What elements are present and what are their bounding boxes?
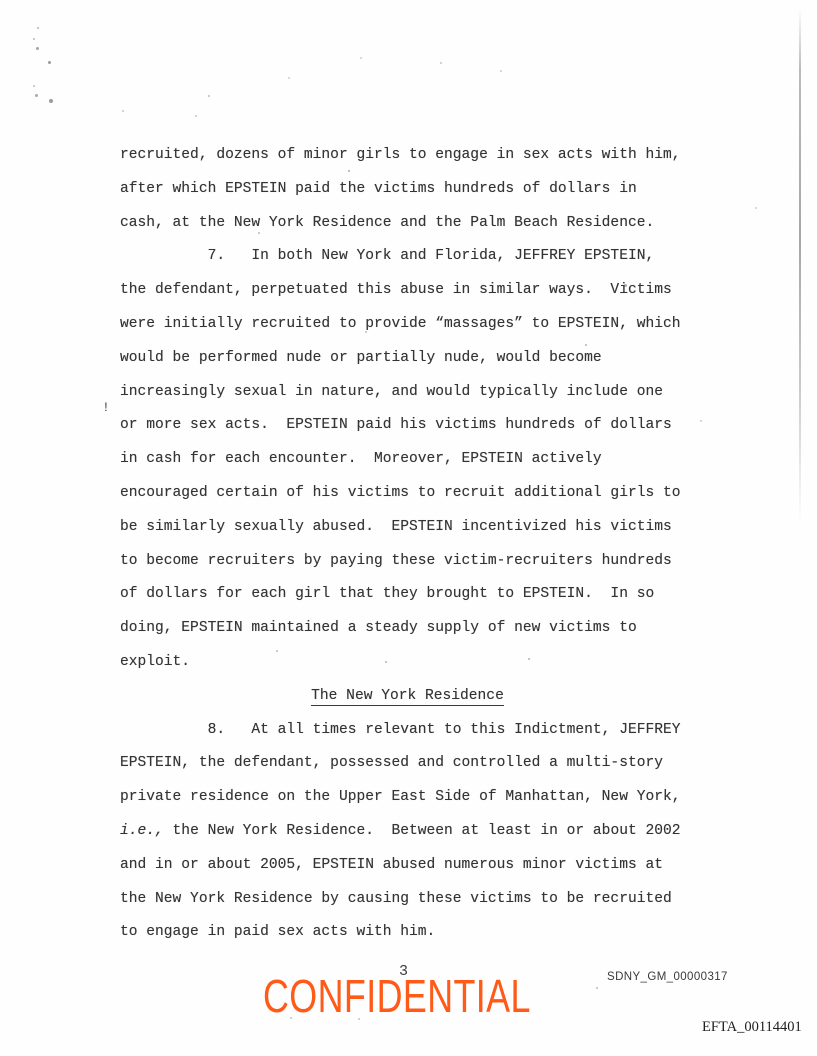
scan-speck <box>37 27 39 29</box>
text-line: cash, at the New York Residence and the … <box>120 207 695 241</box>
scan-speck <box>700 420 702 422</box>
text-line: were initially recruited to provide “mas… <box>120 308 695 342</box>
scan-speck <box>48 61 51 64</box>
scan-speck <box>288 77 290 79</box>
text-line: doing, EPSTEIN maintained a steady suppl… <box>120 612 695 646</box>
text-line: or more sex acts. EPSTEIN paid his victi… <box>120 409 695 443</box>
bates-number-efta: EFTA_00114401 <box>702 1019 802 1036</box>
text-line: exploit. <box>120 646 695 680</box>
scan-speck <box>596 987 598 989</box>
text-line: be similarly sexually abused. EPSTEIN in… <box>120 511 695 545</box>
scan-speck <box>35 94 38 97</box>
text-line: increasingly sexual in nature, and would… <box>120 376 695 410</box>
scan-speck <box>49 99 53 103</box>
text-line: to become recruiters by paying these vic… <box>120 545 695 579</box>
scan-speck <box>122 110 124 112</box>
scan-speck <box>624 284 627 287</box>
scan-speck <box>33 85 35 87</box>
text-line: 7. In both New York and Florida, JEFFREY… <box>120 240 695 274</box>
scan-speck <box>755 207 757 209</box>
scan-speck <box>33 38 35 40</box>
text-line: in cash for each encounter. Moreover, EP… <box>120 443 695 477</box>
scan-speck <box>195 115 197 117</box>
scan-speck <box>385 661 387 663</box>
scan-speck <box>500 70 502 72</box>
text-line: EPSTEIN, the defendant, possessed and co… <box>120 747 695 781</box>
text-line: would be performed nude or partially nud… <box>120 342 695 376</box>
scan-artifact-line <box>799 8 801 523</box>
scan-stray-mark: ! <box>102 400 110 415</box>
scan-speck <box>36 47 39 50</box>
bates-number-sdny: SDNY_GM_00000317 <box>607 971 728 983</box>
document-body: recruited, dozens of minor girls to enga… <box>120 139 695 950</box>
scan-speck <box>585 344 587 346</box>
scan-speck <box>208 95 210 97</box>
scanned-document-page: recruited, dozens of minor girls to enga… <box>0 0 817 1056</box>
scan-speck <box>258 232 260 234</box>
text-line: of dollars for each girl that they broug… <box>120 578 695 612</box>
confidential-stamp: CONFIDENTIAL <box>263 969 531 1023</box>
scan-speck <box>276 650 278 652</box>
scan-speck <box>360 57 362 59</box>
text-line: the defendant, perpetuated this abuse in… <box>120 274 695 308</box>
text-line: encouraged certain of his victims to rec… <box>120 477 695 511</box>
text-line: and in or about 2005, EPSTEIN abused num… <box>120 849 695 883</box>
text-line: i.e., the New York Residence. Between at… <box>120 815 695 849</box>
scan-speck <box>528 658 530 660</box>
text-line: after which EPSTEIN paid the victims hun… <box>120 173 695 207</box>
text-line: private residence on the Upper East Side… <box>120 781 695 815</box>
italic-text: i.e., <box>120 823 164 839</box>
text-line: the New York Residence by causing these … <box>120 883 695 917</box>
text-line: 8. At all times relevant to this Indictm… <box>120 714 695 748</box>
section-heading-text: The New York Residence <box>311 688 504 706</box>
text-line: to engage in paid sex acts with him. <box>120 916 695 950</box>
text-line: recruited, dozens of minor girls to enga… <box>120 139 695 173</box>
section-heading: The New York Residence <box>120 680 695 714</box>
scan-speck <box>348 170 350 172</box>
scan-speck <box>365 331 367 333</box>
scan-speck <box>440 62 442 64</box>
